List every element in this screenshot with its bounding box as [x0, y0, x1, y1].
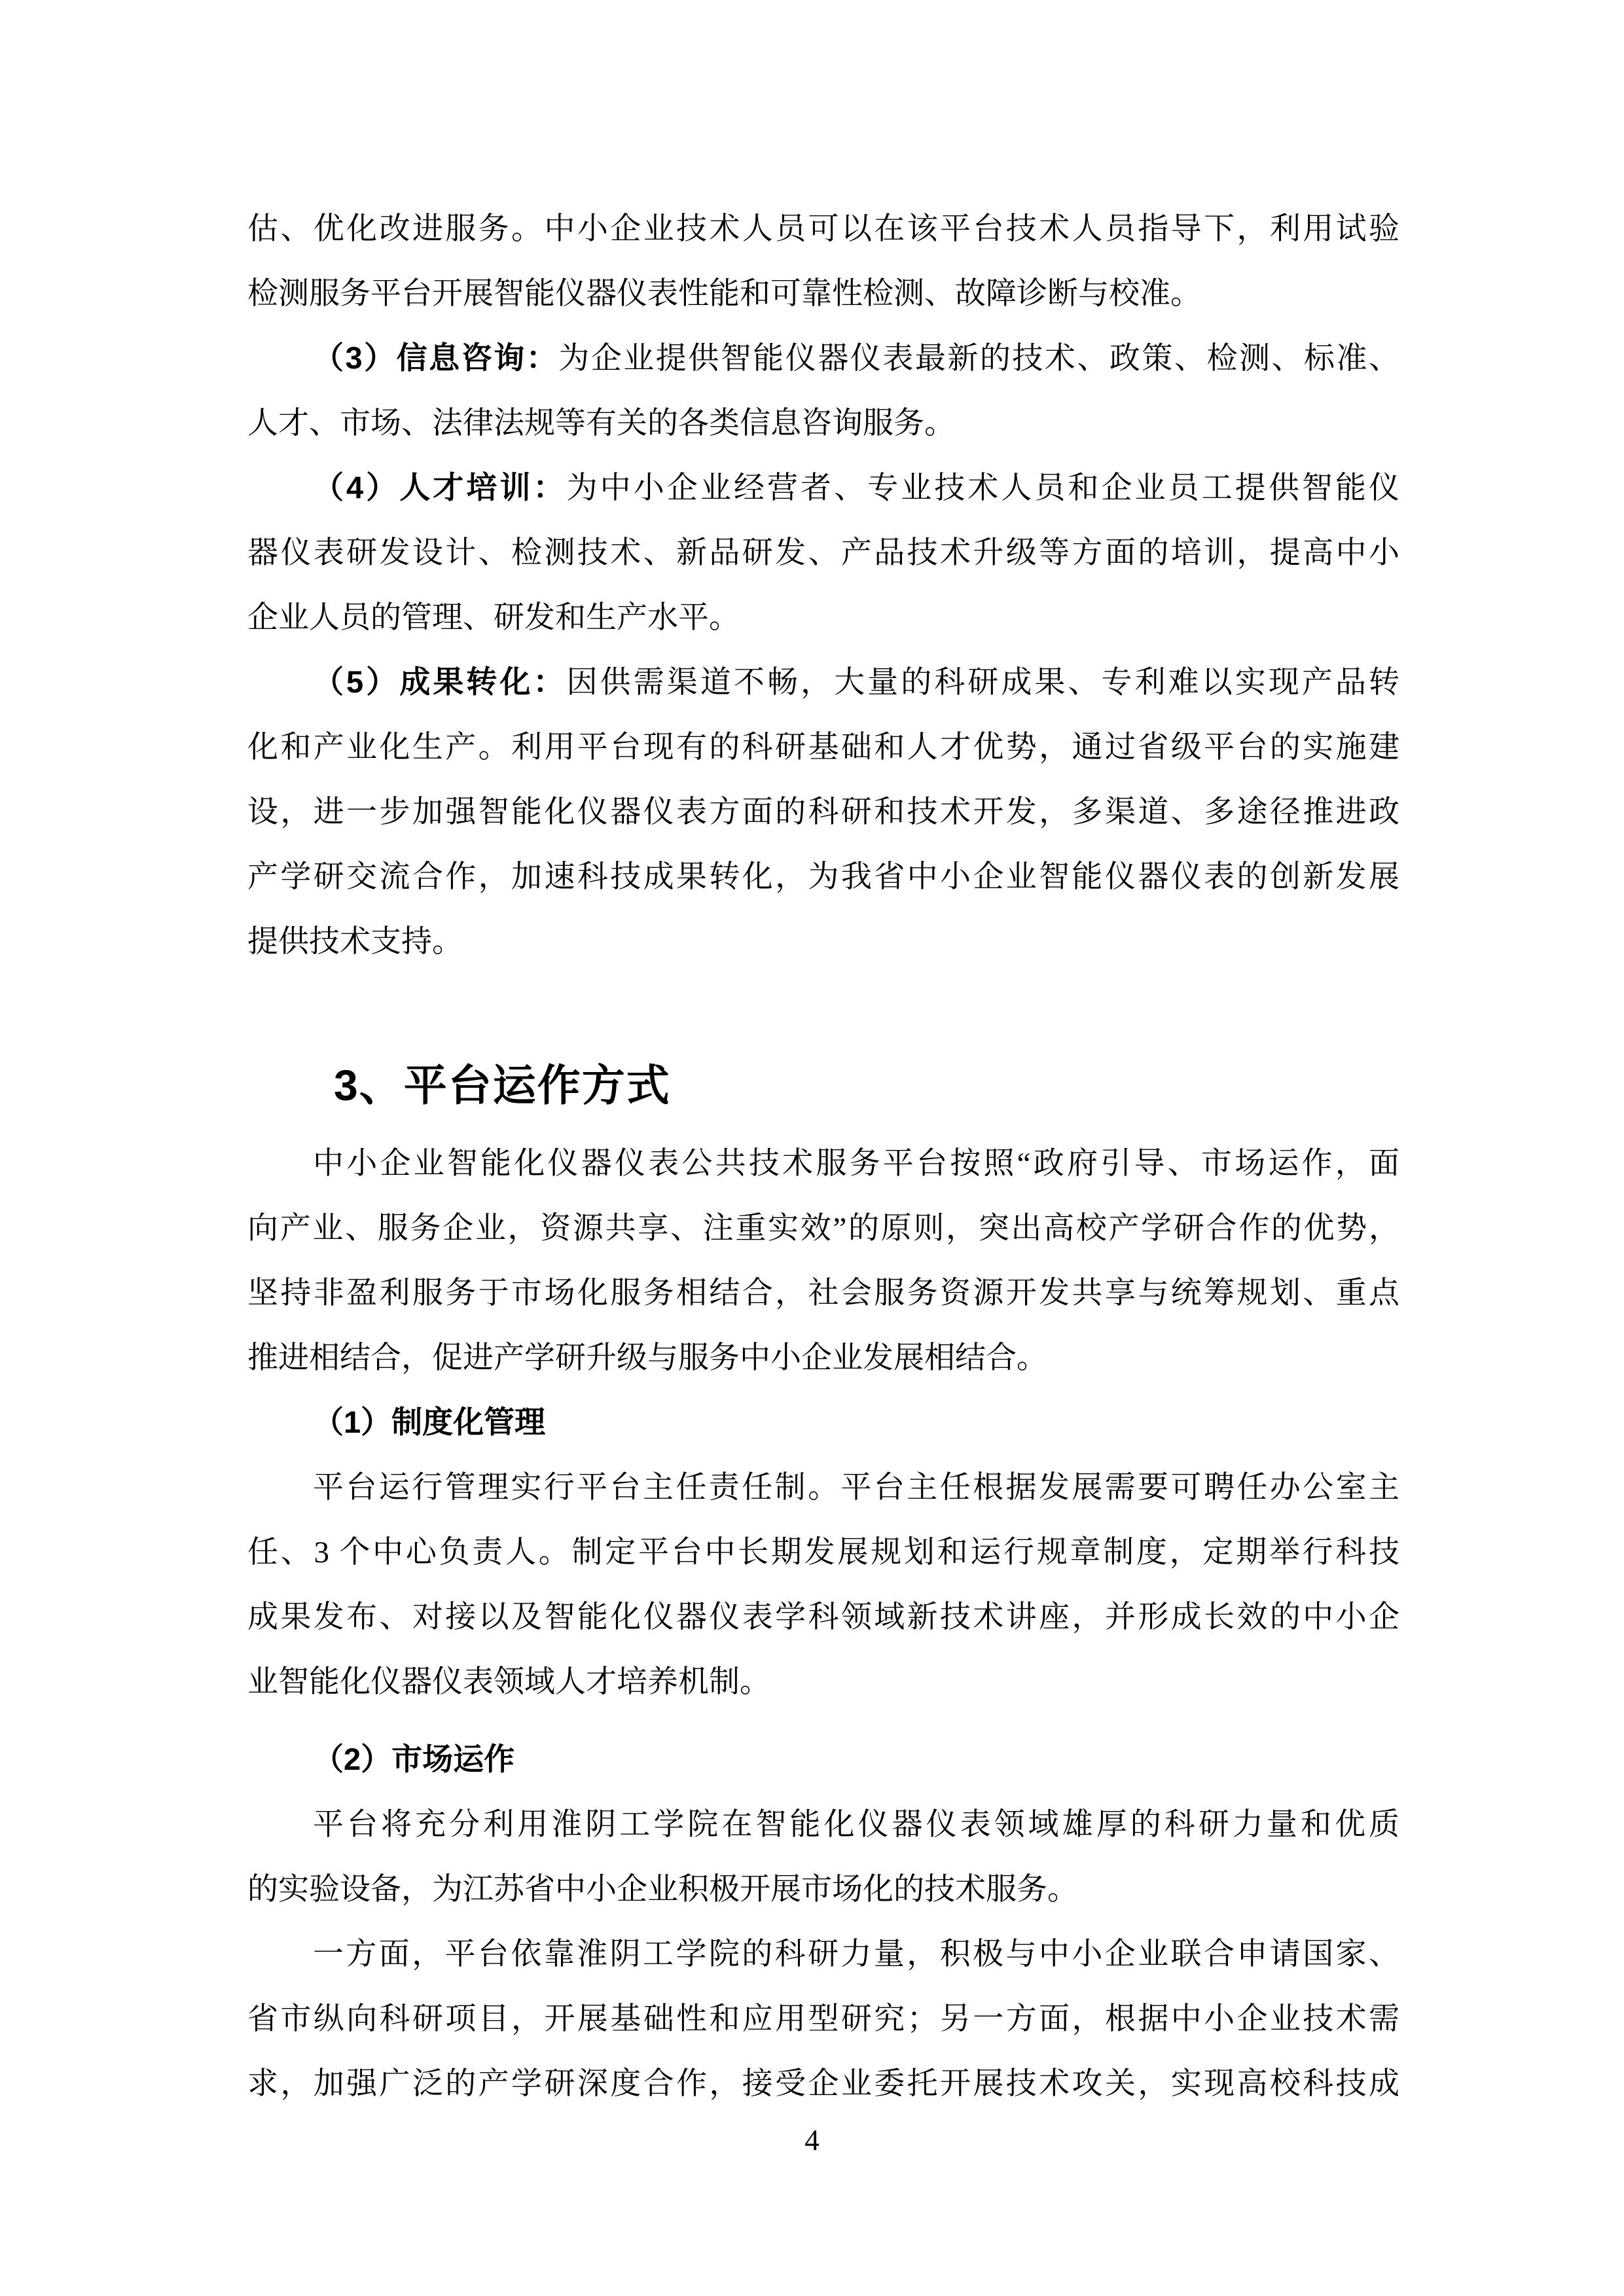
line-text: 的实验设备，为江苏省中小企业积极开展市场化的技术服务。	[247, 1873, 1078, 1907]
text-line: 推进相结合，促进产学研升级与服务中小企业发展相结合。	[247, 1325, 1399, 1390]
line-text: 产学研交流合作，加速科技成果转化，为我省中小企业智能仪器仪表的创新发展	[247, 860, 1399, 894]
document-body: 估、优化改进服务。中小企业技术人员可以在该平台技术人员指导下，利用试验 检测服务…	[247, 196, 1399, 2116]
bold-label: （3）信息咨询：	[313, 340, 558, 375]
bold-label: （2）市场运作	[313, 1742, 514, 1776]
bold-label: （1）制度化管理	[313, 1405, 545, 1439]
line-text: 因供需渠道不畅，大量的科研成果、专利难以实现产品转	[567, 666, 1399, 700]
text-line: 向产业、服务企业，资源共享、注重实效”的原则，突出高校产学研合作的优势，	[247, 1196, 1399, 1261]
line-text: 化和产业化生产。利用平台现有的科研基础和人才优势，通过省级平台的实施建	[247, 730, 1399, 764]
text-line: 省市纵向科研项目，开展基础性和应用型研究；另一方面，根据中小企业技术需	[247, 1986, 1399, 2051]
text-line: 坚持非盈利服务于市场化服务相结合，社会服务资源开发共享与统筹规划、重点	[247, 1261, 1399, 1325]
text-line: （4）人才培训：为中小企业经营者、专业技术人员和企业员工提供智能仪	[247, 456, 1399, 520]
line-text: 为中小企业经营者、专业技术人员和企业员工提供智能仪	[567, 471, 1399, 505]
text-line: 估、优化改进服务。中小企业技术人员可以在该平台技术人员指导下，利用试验	[247, 196, 1399, 261]
text-line: 一方面，平台依靠淮阴工学院的科研力量，积极与中小企业联合申请国家、	[247, 1922, 1399, 1986]
line-text: 企业人员的管理、研发和生产水平。	[247, 601, 740, 635]
line-text: 检测服务平台开展智能仪器仪表性能和可靠性检测、故障诊断与校准。	[247, 277, 1201, 311]
text-line: 业智能化仪器仪表领域人才培养机制。	[247, 1649, 1399, 1714]
line-text: 平台运行管理实行平台主任责任制。平台主任根据发展需要可聘任办公室主	[313, 1471, 1399, 1505]
line-text: 向产业、服务企业，资源共享、注重实效”的原则，突出高校产学研合作的优势，	[247, 1211, 1399, 1246]
document-page: 估、优化改进服务。中小企业技术人员可以在该平台技术人员指导下，利用试验 检测服务…	[0, 0, 1624, 2296]
line-text: 求，加强广泛的产学研深度合作，接受企业委托开展技术攻关，实现高校科技成	[247, 2067, 1399, 2101]
text-line: （5）成果转化：因供需渠道不畅，大量的科研成果、专利难以实现产品转	[247, 650, 1399, 715]
line-text: 提供技术支持。	[247, 925, 463, 959]
text-line: 检测服务平台开展智能仪器仪表性能和可靠性检测、故障诊断与校准。	[247, 261, 1399, 326]
text-line: 产学研交流合作，加速科技成果转化，为我省中小企业智能仪器仪表的创新发展	[247, 844, 1399, 909]
line-text: 估、优化改进服务。中小企业技术人员可以在该平台技术人员指导下，利用试验	[247, 212, 1399, 246]
text-line: 化和产业化生产。利用平台现有的科研基础和人才优势，通过省级平台的实施建	[247, 715, 1399, 780]
text-line: 中小企业智能化仪器仪表公共技术服务平台按照“政府引导、市场运作，面	[247, 1131, 1399, 1196]
line-text: 业智能化仪器仪表领域人才培养机制。	[247, 1665, 770, 1699]
line-text: 推进相结合，促进产学研升级与服务中小企业发展相结合。	[247, 1341, 1047, 1375]
line-text: 器仪表研发设计、检测技术、新品研发、产品技术升级等方面的培训，提高中小	[247, 536, 1399, 570]
text-line: 平台运行管理实行平台主任责任制。平台主任根据发展需要可聘任办公室主	[247, 1455, 1399, 1520]
text-line: 平台将充分利用淮阴工学院在智能化仪器仪表领域雄厚的科研力量和优质	[247, 1792, 1399, 1857]
text-line: 企业人员的管理、研发和生产水平。	[247, 585, 1399, 650]
bold-label: （5）成果转化：	[313, 664, 567, 699]
text-line: 求，加强广泛的产学研深度合作，接受企业委托开展技术攻关，实现高校科技成	[247, 2051, 1399, 2116]
subsection-heading: （1）制度化管理	[247, 1390, 1399, 1455]
text-line: 提供技术支持。	[247, 909, 1399, 974]
section-heading: 3、平台运作方式	[247, 1039, 1399, 1131]
line-text: 中小企业智能化仪器仪表公共技术服务平台按照“政府引导、市场运作，面	[313, 1147, 1399, 1181]
text-line: 任、3 个中心负责人。制定平台中长期发展规划和运行规章制度，定期举行科技	[247, 1520, 1399, 1585]
line-text: 为企业提供智能仪器仪表最新的技术、政策、检测、标准、	[558, 342, 1399, 376]
line-text: 成果发布、对接以及智能化仪器仪表学科领域新技术讲座，并形成长效的中小企	[247, 1600, 1399, 1634]
line-text: 省市纵向科研项目，开展基础性和应用型研究；另一方面，根据中小企业技术需	[247, 2002, 1399, 2036]
subsection-heading: （2）市场运作	[247, 1727, 1399, 1792]
text-line: 成果发布、对接以及智能化仪器仪表学科领域新技术讲座，并形成长效的中小企	[247, 1585, 1399, 1649]
line-text: 坚持非盈利服务于市场化服务相结合，社会服务资源开发共享与统筹规划、重点	[247, 1276, 1399, 1310]
text-line: 人才、市场、法律法规等有关的各类信息咨询服务。	[247, 391, 1399, 456]
line-text: 任、3 个中心负责人。制定平台中长期发展规划和运行规章制度，定期举行科技	[247, 1535, 1399, 1570]
text-line: 设，进一步加强智能化仪器仪表方面的科研和技术开发，多渠道、多途径推进政	[247, 780, 1399, 844]
bold-label: （4）人才培训：	[313, 470, 567, 505]
line-text: 一方面，平台依靠淮阴工学院的科研力量，积极与中小企业联合申请国家、	[313, 1937, 1399, 1971]
text-line: 的实验设备，为江苏省中小企业积极开展市场化的技术服务。	[247, 1857, 1399, 1922]
line-text: 平台将充分利用淮阴工学院在智能化仪器仪表领域雄厚的科研力量和优质	[313, 1808, 1399, 1842]
line-text: 人才、市场、法律法规等有关的各类信息咨询服务。	[247, 406, 955, 440]
page-number: 4	[0, 2121, 1624, 2160]
text-line: 器仪表研发设计、检测技术、新品研发、产品技术升级等方面的培训，提高中小	[247, 520, 1399, 585]
line-text: 设，进一步加强智能化仪器仪表方面的科研和技术开发，多渠道、多途径推进政	[247, 795, 1399, 829]
text-line: （3）信息咨询：为企业提供智能仪器仪表最新的技术、政策、检测、标准、	[247, 326, 1399, 391]
